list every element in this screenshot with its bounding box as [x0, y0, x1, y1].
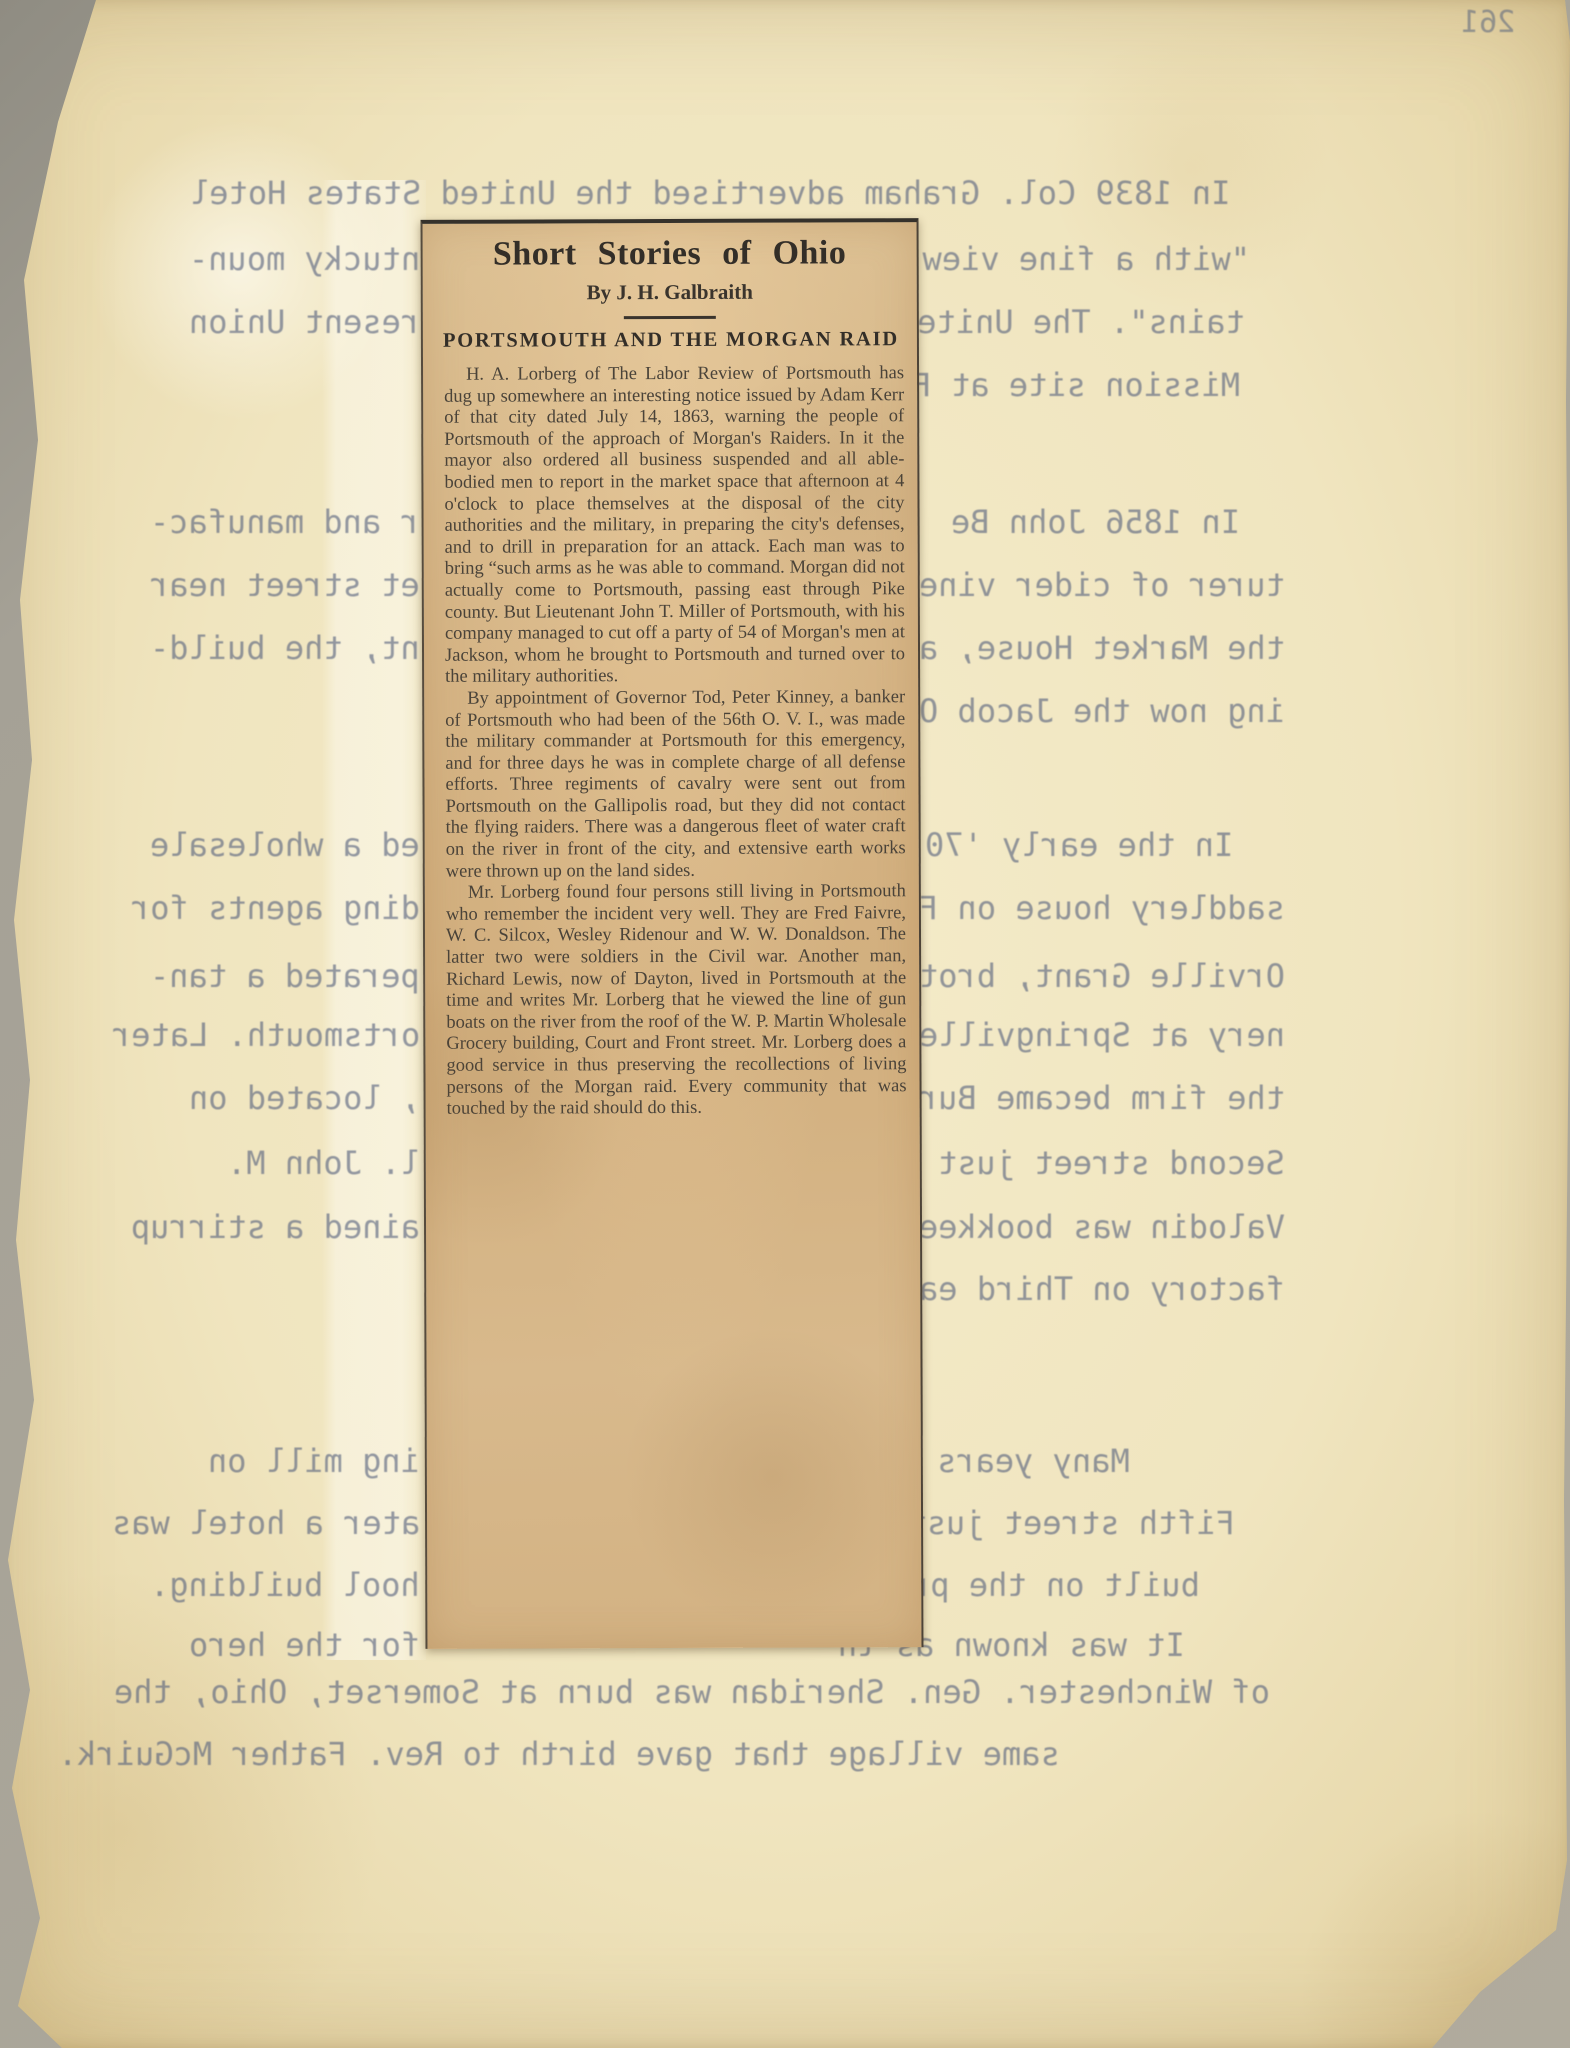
bleedthrough-line: Orville Grant, brot: [919, 959, 1285, 993]
bleedthrough-line: Fifth street just e: [869, 1506, 1235, 1540]
bleedthrough-line: for the hero: [189, 1628, 420, 1662]
bleedthrough-line: nery at Springville: [919, 1018, 1285, 1052]
bleedthrough-line: ater a hotel was: [112, 1506, 420, 1540]
bleedthrough-line: factory on Third ea: [919, 1272, 1285, 1306]
bleedthrough-line: resent Union: [189, 305, 420, 339]
clipping-body: H. A. Lorberg of The Labor Review of Por…: [423, 363, 920, 1121]
bleedthrough-line: tains". The United: [898, 305, 1245, 339]
clipping-paragraph: By appointment of Governor Tod, Peter Ki…: [445, 687, 906, 883]
bleedthrough-line: nt, the build-: [150, 631, 420, 665]
bleedthrough-line: Second street just: [938, 1146, 1285, 1180]
bleedthrough-line: "with a fine view o: [884, 242, 1250, 276]
bleedthrough-line: In 1839 Col. Graham advertised the Unite…: [190, 176, 1230, 210]
clipping-heading: PORTSMOUTH AND THE MORGAN RAID: [443, 328, 909, 353]
bleedthrough-line: ntucky moun-: [189, 242, 420, 276]
bleedthrough-line: Valodin was bookkee: [919, 1210, 1285, 1244]
bleedthrough-line: ed a wholesale: [150, 828, 420, 862]
bleedthrough-line: r and manufac-: [150, 505, 420, 539]
bleedthrough-line: ortsmouth. Later: [112, 1018, 420, 1052]
bleedthrough-line: same village that gave birth to Rev. Fat…: [58, 1737, 1060, 1771]
bleedthrough-line: of Winchester. Gen. Sheridan was burn at…: [114, 1675, 1270, 1709]
bleedthrough-line: In 1856 John Be: [951, 505, 1240, 539]
bleedthrough-line: ing now the Jacob O: [919, 694, 1285, 728]
bleedthrough-line: ained a stirrup: [131, 1210, 420, 1244]
bleedthrough-line: et street near: [150, 568, 420, 602]
clipping-title: Short Stories of Ohio: [429, 234, 911, 274]
bleedthrough-line: hool building.: [150, 1568, 420, 1602]
bleedthrough-line: the firm became Bur: [919, 1081, 1285, 1115]
bleedthrough-line: turer of cider vine: [919, 568, 1285, 602]
bleedthrough-line: the Market House, a: [919, 631, 1285, 665]
clipping-paragraph: H. A. Lorberg of The Labor Review of Por…: [444, 363, 905, 689]
bleedthrough-line: Mission site at Fro: [874, 368, 1240, 402]
byline-rule: [624, 316, 716, 319]
bleedthrough-line: ing mill on: [208, 1444, 420, 1478]
bleedthrough-line: l. John M.: [227, 1146, 420, 1180]
bleedthrough-line: , located on: [189, 1081, 420, 1115]
scanned-scrapbook-page: { "page_number": "261", "clipping": { "t…: [0, 0, 1570, 2048]
bleedthrough-line: ding agents for: [131, 891, 420, 925]
bleedthrough-line: saddlery house on F: [919, 891, 1285, 925]
bleedthrough-line: perated a tan-: [150, 959, 420, 993]
bleedthrough-line: In the early '70: [925, 828, 1233, 862]
page-number: 261: [1461, 6, 1515, 40]
clipping-paragraph: Mr. Lorberg found four persons still liv…: [446, 881, 907, 1120]
newspaper-clipping: Short Stories of Ohio By J. H. Galbraith…: [421, 218, 924, 1649]
clipping-byline: By J. H. Galbraith: [423, 279, 917, 306]
